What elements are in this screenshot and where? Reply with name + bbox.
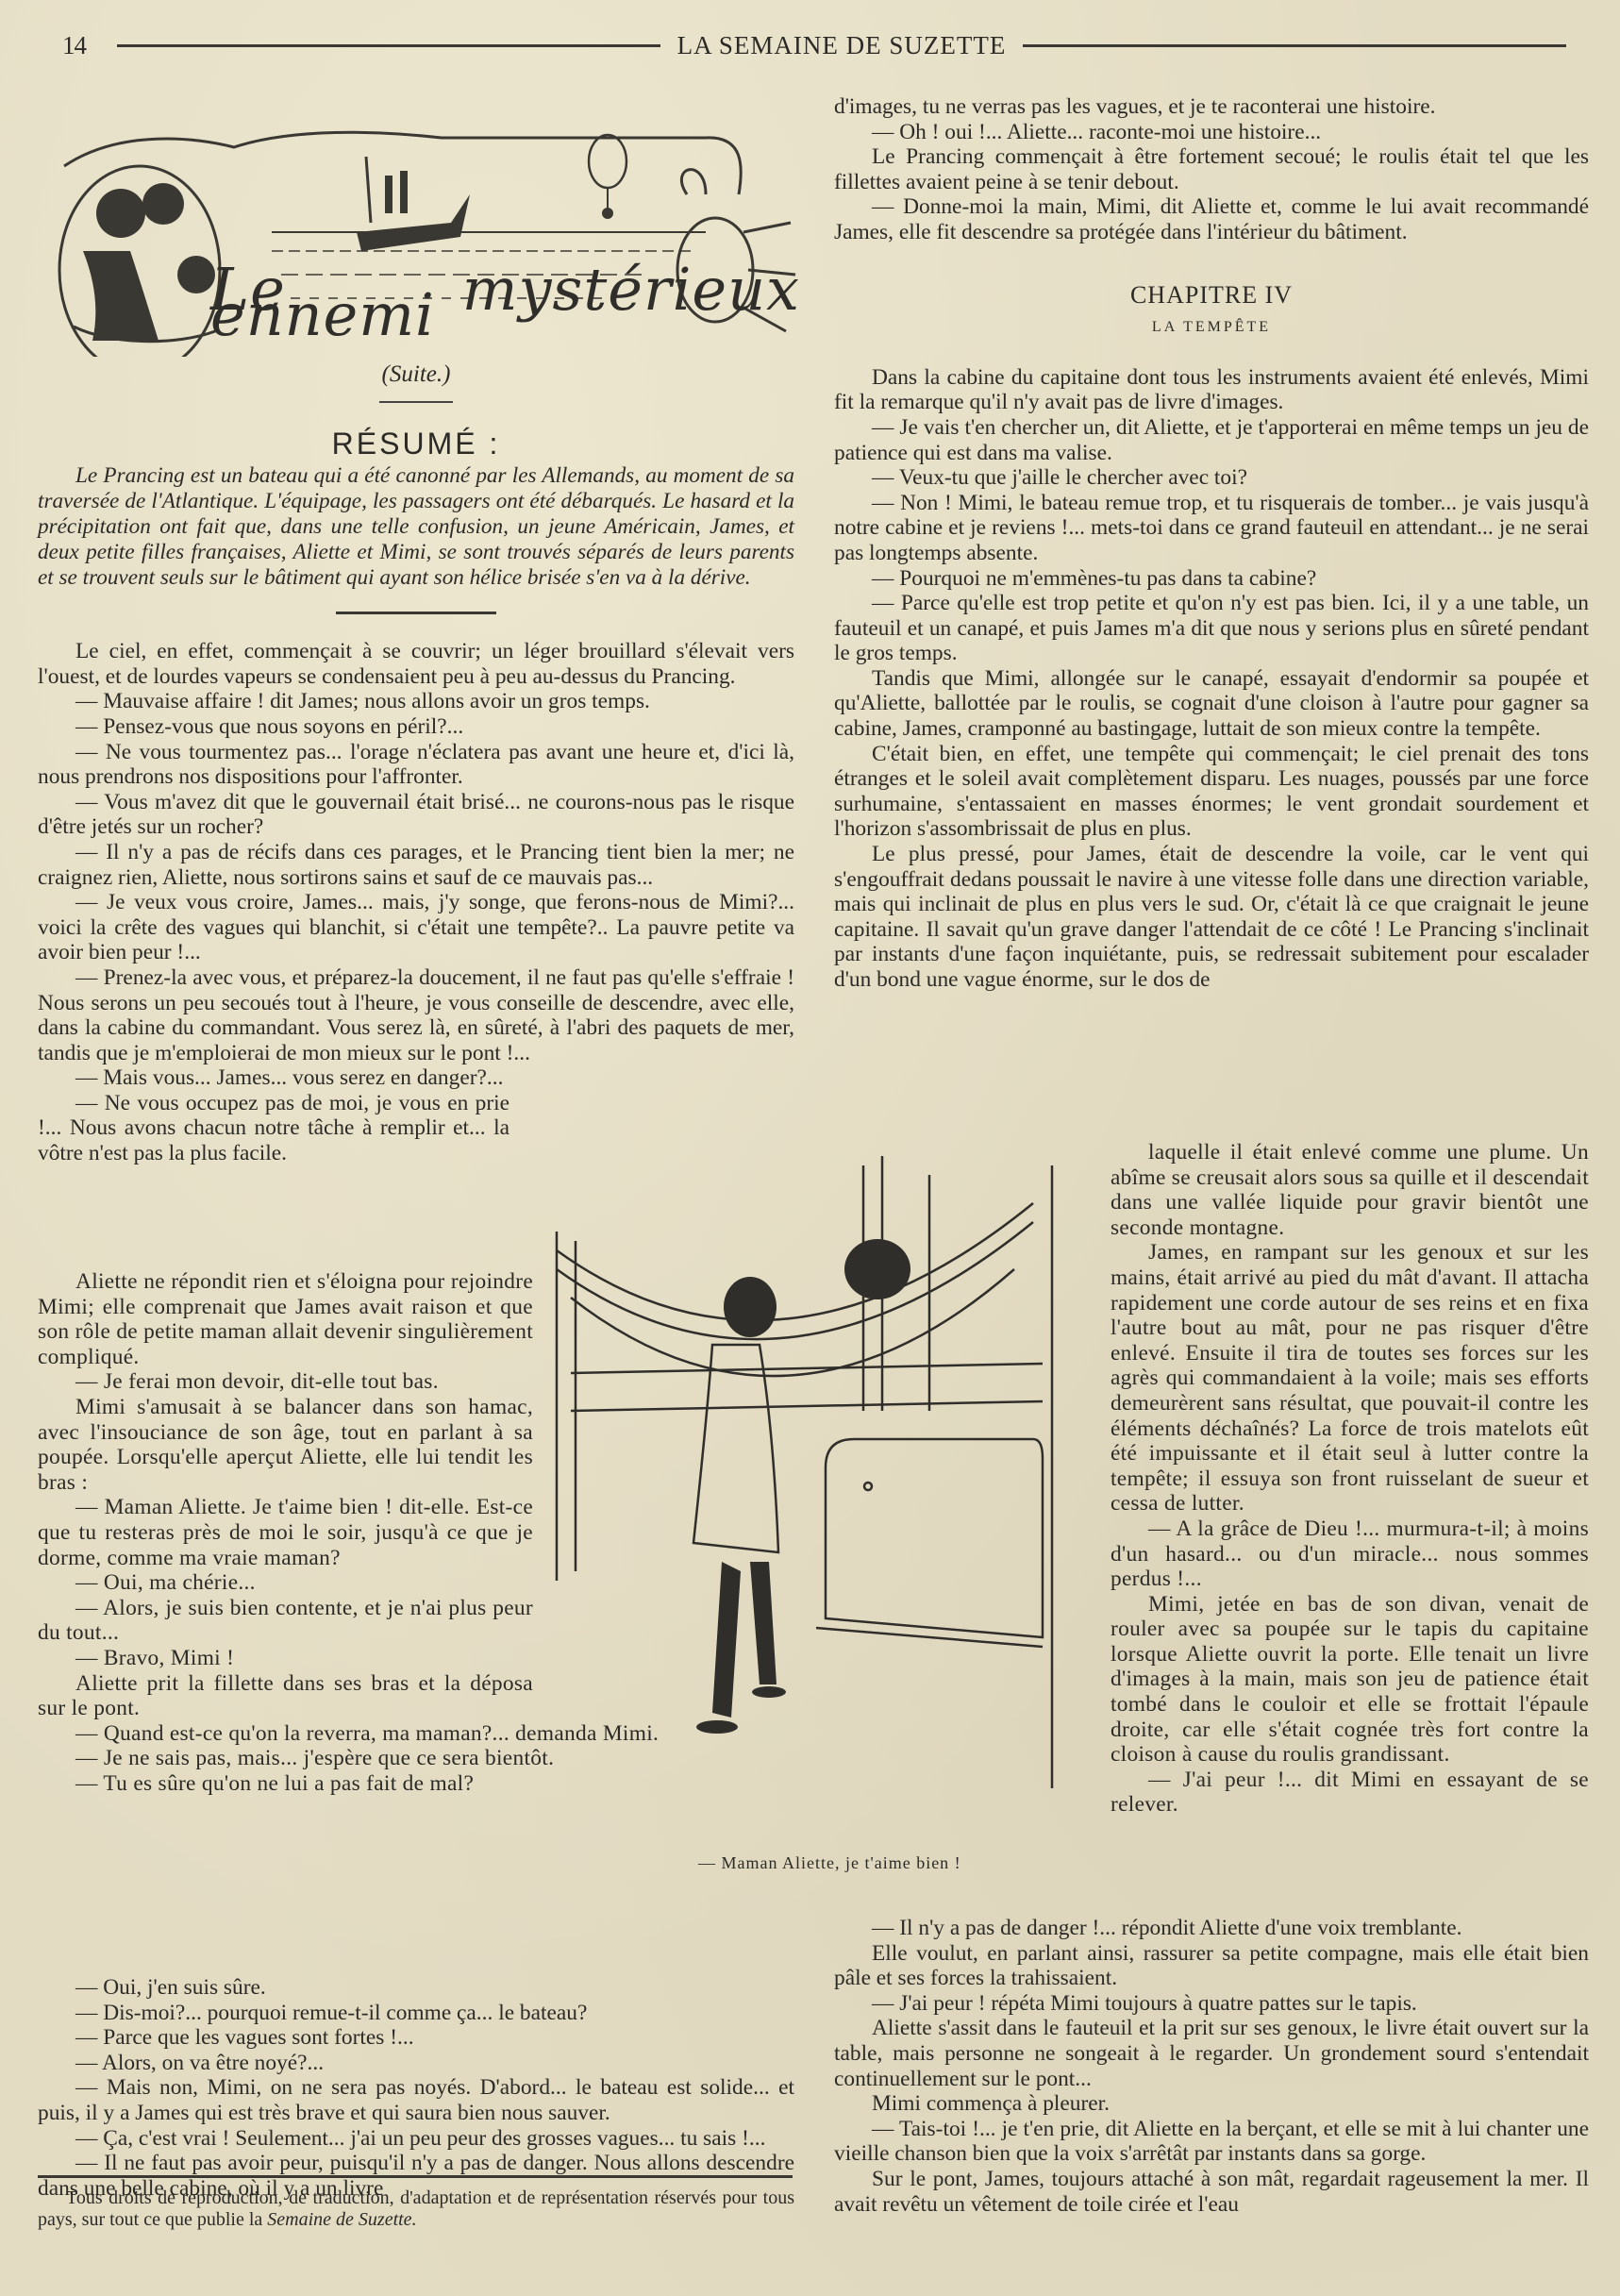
chapter-subtitle: LA TEMPÊTE <box>834 315 1589 341</box>
chapter-title: CHAPITRE IV <box>834 283 1589 309</box>
paragraph: — Ne vous tourmentez pas... l'orage n'éc… <box>38 740 794 790</box>
short-divider <box>379 401 453 403</box>
paragraph: — Mais vous... James... vous serez en da… <box>38 1065 794 1091</box>
resume-text: Le Prancing est un bateau qui a été cano… <box>38 463 794 591</box>
paragraph: Le Prancing commençait à être fortement … <box>834 144 1589 194</box>
paragraph: — Veux-tu que j'aille le chercher avec t… <box>834 465 1589 491</box>
hammock-illustration <box>543 1128 1099 1869</box>
paragraph: — Dis-moi?... pourquoi remue-t-il comme … <box>38 2001 794 2026</box>
header-rule-right <box>1023 44 1566 47</box>
paragraph: — Mais non, Mimi, on ne sera pas noyés. … <box>38 2075 794 2125</box>
left-column: Le mystérieux ennemi (Suite.) RÉSUMÉ : L… <box>38 109 794 1166</box>
paragraph: Aliette ne répondit rien et s'éloigna po… <box>38 1269 533 1369</box>
paragraph: C'était bien, en effet, une tempête qui … <box>834 742 1589 842</box>
paragraph: — Non ! Mimi, le bateau remue trop, et t… <box>834 491 1589 566</box>
paragraph: — Parce que les vagues sont fortes !... <box>38 2025 794 2051</box>
paragraph: — Je ferai mon devoir, dit-elle tout bas… <box>38 1369 533 1395</box>
paragraph: Mimi s'amusait à se balancer dans son ha… <box>38 1395 533 1495</box>
girls-hammock-drawing-icon <box>543 1128 1099 1869</box>
paragraph: — Parce qu'elle est trop petite et qu'on… <box>834 591 1589 666</box>
resume-paragraph: Le Prancing est un bateau qui a été cano… <box>38 463 794 591</box>
paragraph: Sur le pont, James, toujours attaché à s… <box>834 2167 1589 2217</box>
paragraph: Aliette s'assit dans le fauteuil et la p… <box>834 2016 1589 2091</box>
left-bottom-text: — Oui, j'en suis sûre. — Dis-moi?... pou… <box>38 1975 794 2201</box>
paragraph: — Oui, j'en suis sûre. <box>38 1975 794 2001</box>
paragraph: — A la grâce de Dieu !... murmura-t-il; … <box>1111 1517 1589 1592</box>
paragraph: — Ça, c'est vrai ! Seulement... j'ai un … <box>38 2126 794 2152</box>
paragraph: Aliette prit la fillette dans ses bras e… <box>38 1671 533 1721</box>
left-wide-text: Le ciel, en effet, commençait à se couvr… <box>38 639 794 1165</box>
paragraph: — Je veux vous croire, James... mais, j'… <box>38 890 794 965</box>
paragraph: Elle voulut, en parlant ainsi, rassurer … <box>834 1941 1589 1991</box>
paragraph: — Bravo, Mimi ! <box>38 1646 533 1671</box>
paragraph: — Alors, je suis bien contente, et je n'… <box>38 1596 533 1646</box>
paragraph: — Pourquoi ne m'emmènes-tu pas dans ta c… <box>834 566 1589 592</box>
paragraph: — Oui, ma chérie... <box>38 1570 533 1596</box>
paragraph: — Donne-moi la main, Mimi, dit Aliette e… <box>834 194 1589 244</box>
title-banner: Le mystérieux ennemi <box>45 109 800 357</box>
paragraph: — Tais-toi !... je t'en prie, dit Aliett… <box>834 2117 1589 2167</box>
paragraph: — Mauvaise affaire ! dit James; nous all… <box>38 689 794 714</box>
page-header: 14 LA SEMAINE DE SUZETTE <box>62 26 1583 64</box>
suite-label: (Suite.) <box>38 362 794 388</box>
paragraph: Mimi commença à pleurer. <box>834 2091 1589 2117</box>
paragraph: Le ciel, en effet, commençait à se couvr… <box>38 639 794 689</box>
rights-notice: Tous droits de reproduction, de traducti… <box>38 2187 794 2231</box>
paragraph: — J'ai peur !... dit Mimi en essayant de… <box>1111 1768 1589 1818</box>
section-divider <box>336 612 496 614</box>
paragraph: — Il n'y a pas de danger !... répondit A… <box>834 1916 1589 1941</box>
rights-publication: Semaine de Suzette. <box>267 2209 416 2230</box>
paragraph: James, en rampant sur les genoux et sur … <box>1111 1240 1589 1517</box>
right-narrow-text: laquelle il était enlevé comme une plume… <box>1111 1140 1589 1818</box>
page-number: 14 <box>62 31 100 60</box>
paragraph: — Alors, on va être noyé?... <box>38 2051 794 2076</box>
paragraph: d'images, tu ne verras pas les vagues, e… <box>834 94 1589 120</box>
paragraph: — Je vais t'en chercher un, dit Aliette,… <box>834 415 1589 465</box>
paragraph: — Oh ! oui !... Aliette... raconte-moi u… <box>834 120 1589 145</box>
paragraph: Dans la cabine du capitaine dont tous le… <box>834 365 1589 415</box>
right-bottom-text: — Il n'y a pas de danger !... répondit A… <box>834 1916 1589 2217</box>
publication-title: LA SEMAINE DE SUZETTE <box>677 31 1007 60</box>
paragraph: Tandis que Mimi, allongée sur le canapé,… <box>834 666 1589 742</box>
paragraph: — Il n'y a pas de récifs dans ces parage… <box>38 840 794 890</box>
illustration-caption: — Maman Aliette, je t'aime bien ! <box>698 1853 961 1873</box>
paragraph: — Maman Aliette. Je t'aime bien ! dit-el… <box>38 1495 533 1570</box>
paragraph: laquelle il était enlevé comme une plume… <box>1111 1140 1589 1240</box>
story-title: Le mystérieux ennemi <box>210 277 800 327</box>
footer-rule <box>38 2175 793 2178</box>
paragraph: — J'ai peur ! répéta Mimi toujours à qua… <box>834 1991 1589 2017</box>
paragraph: — Prenez-la avec vous, et préparez-la do… <box>38 965 794 1065</box>
left-narrow-text: Aliette ne répondit rien et s'éloigna po… <box>38 1269 533 1796</box>
header-rule-left <box>117 44 660 47</box>
paragraph: Le plus pressé, pour James, était de des… <box>834 842 1589 993</box>
right-column: d'images, tu ne verras pas les vagues, e… <box>834 94 1589 993</box>
paragraph: — Pensez-vous que nous soyons en péril?.… <box>38 714 794 740</box>
resume-heading: RÉSUMÉ : <box>38 431 794 457</box>
paragraph: Mimi, jetée en bas de son divan, venait … <box>1111 1592 1589 1768</box>
paragraph: — Ne vous occupez pas de moi, je vous en… <box>38 1091 509 1166</box>
paragraph: — Vous m'avez dit que le gouvernail étai… <box>38 790 794 840</box>
